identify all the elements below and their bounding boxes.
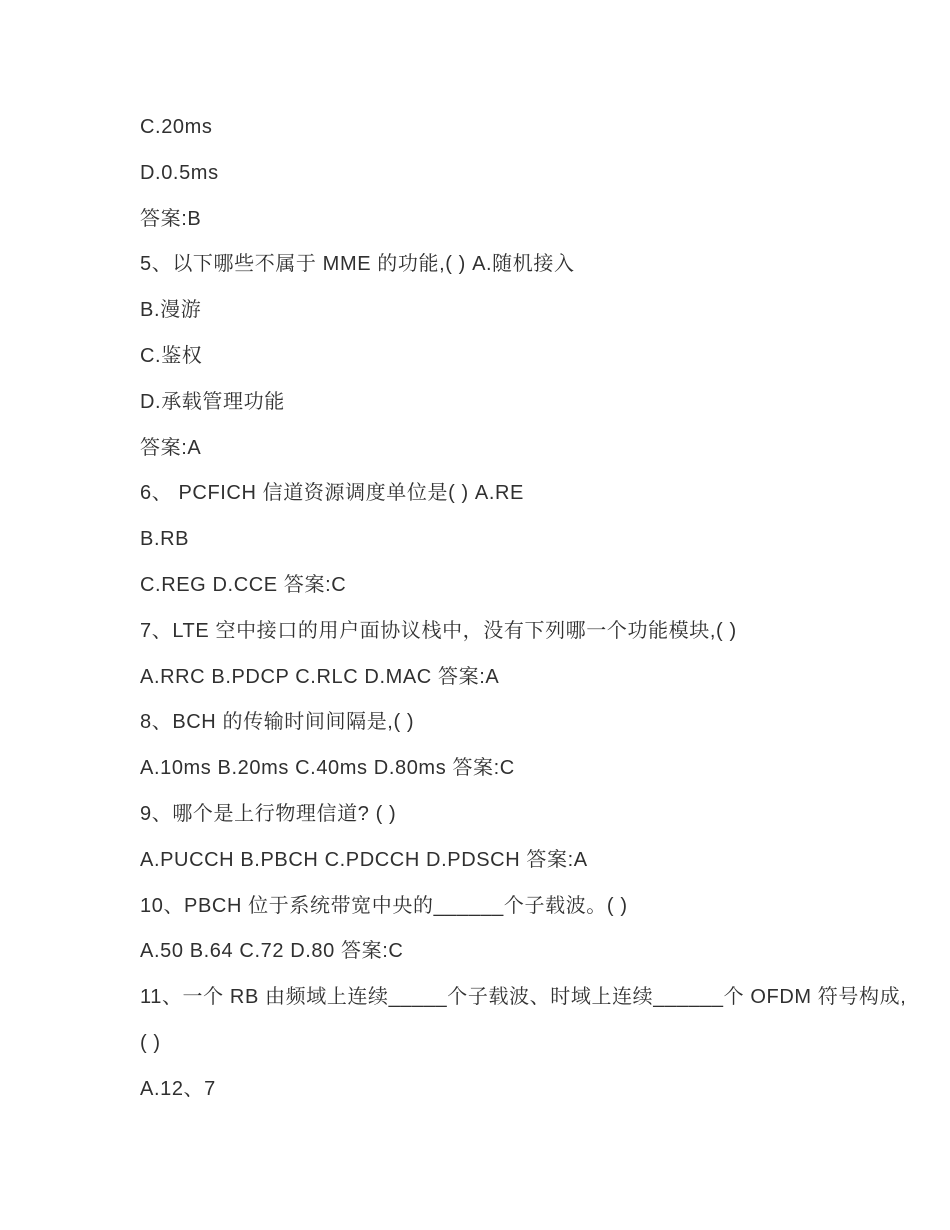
document-line: C.20ms bbox=[140, 105, 890, 151]
document-line: C.REG D.CCE 答案:C bbox=[140, 563, 890, 609]
document-line: 9、哪个是上行物理信道? ( ) bbox=[140, 792, 890, 838]
document-line: A.12、7 bbox=[140, 1067, 890, 1113]
document-line: 11、一个 RB 由频域上连续_____个子载波、时域上连续______个 OF… bbox=[140, 975, 890, 1021]
document-line: 答案:B bbox=[140, 197, 890, 243]
document-line: 6、 PCFICH 信道资源调度单位是( ) A.RE bbox=[140, 471, 890, 517]
document-line: A.10ms B.20ms C.40ms D.80ms 答案:C bbox=[140, 746, 890, 792]
document-line: 7、LTE 空中接口的用户面协议栈中，没有下列哪一个功能模块,( ) bbox=[140, 609, 890, 655]
document-line: ( ) bbox=[140, 1021, 890, 1067]
document-page: C.20ms D.0.5ms 答案:B 5、以下哪些不属于 MME 的功能,( … bbox=[0, 0, 950, 1230]
document-line: B.漫游 bbox=[140, 288, 890, 334]
document-line: 8、BCH 的传输时间间隔是,( ) bbox=[140, 700, 890, 746]
document-line: D.承载管理功能 bbox=[140, 380, 890, 426]
document-line: A.50 B.64 C.72 D.80 答案:C bbox=[140, 929, 890, 975]
document-line: C.鉴权 bbox=[140, 334, 890, 380]
document-line: D.0.5ms bbox=[140, 151, 890, 197]
document-line: 5、以下哪些不属于 MME 的功能,( ) A.随机接入 bbox=[140, 242, 890, 288]
document-line: 答案:A bbox=[140, 426, 890, 472]
document-line: A.RRC B.PDCP C.RLC D.MAC 答案:A bbox=[140, 655, 890, 701]
document-line: 10、PBCH 位于系统带宽中央的______个子载波。( ) bbox=[140, 884, 890, 930]
document-line: B.RB bbox=[140, 517, 890, 563]
document-line: A.PUCCH B.PBCH C.PDCCH D.PDSCH 答案:A bbox=[140, 838, 890, 884]
